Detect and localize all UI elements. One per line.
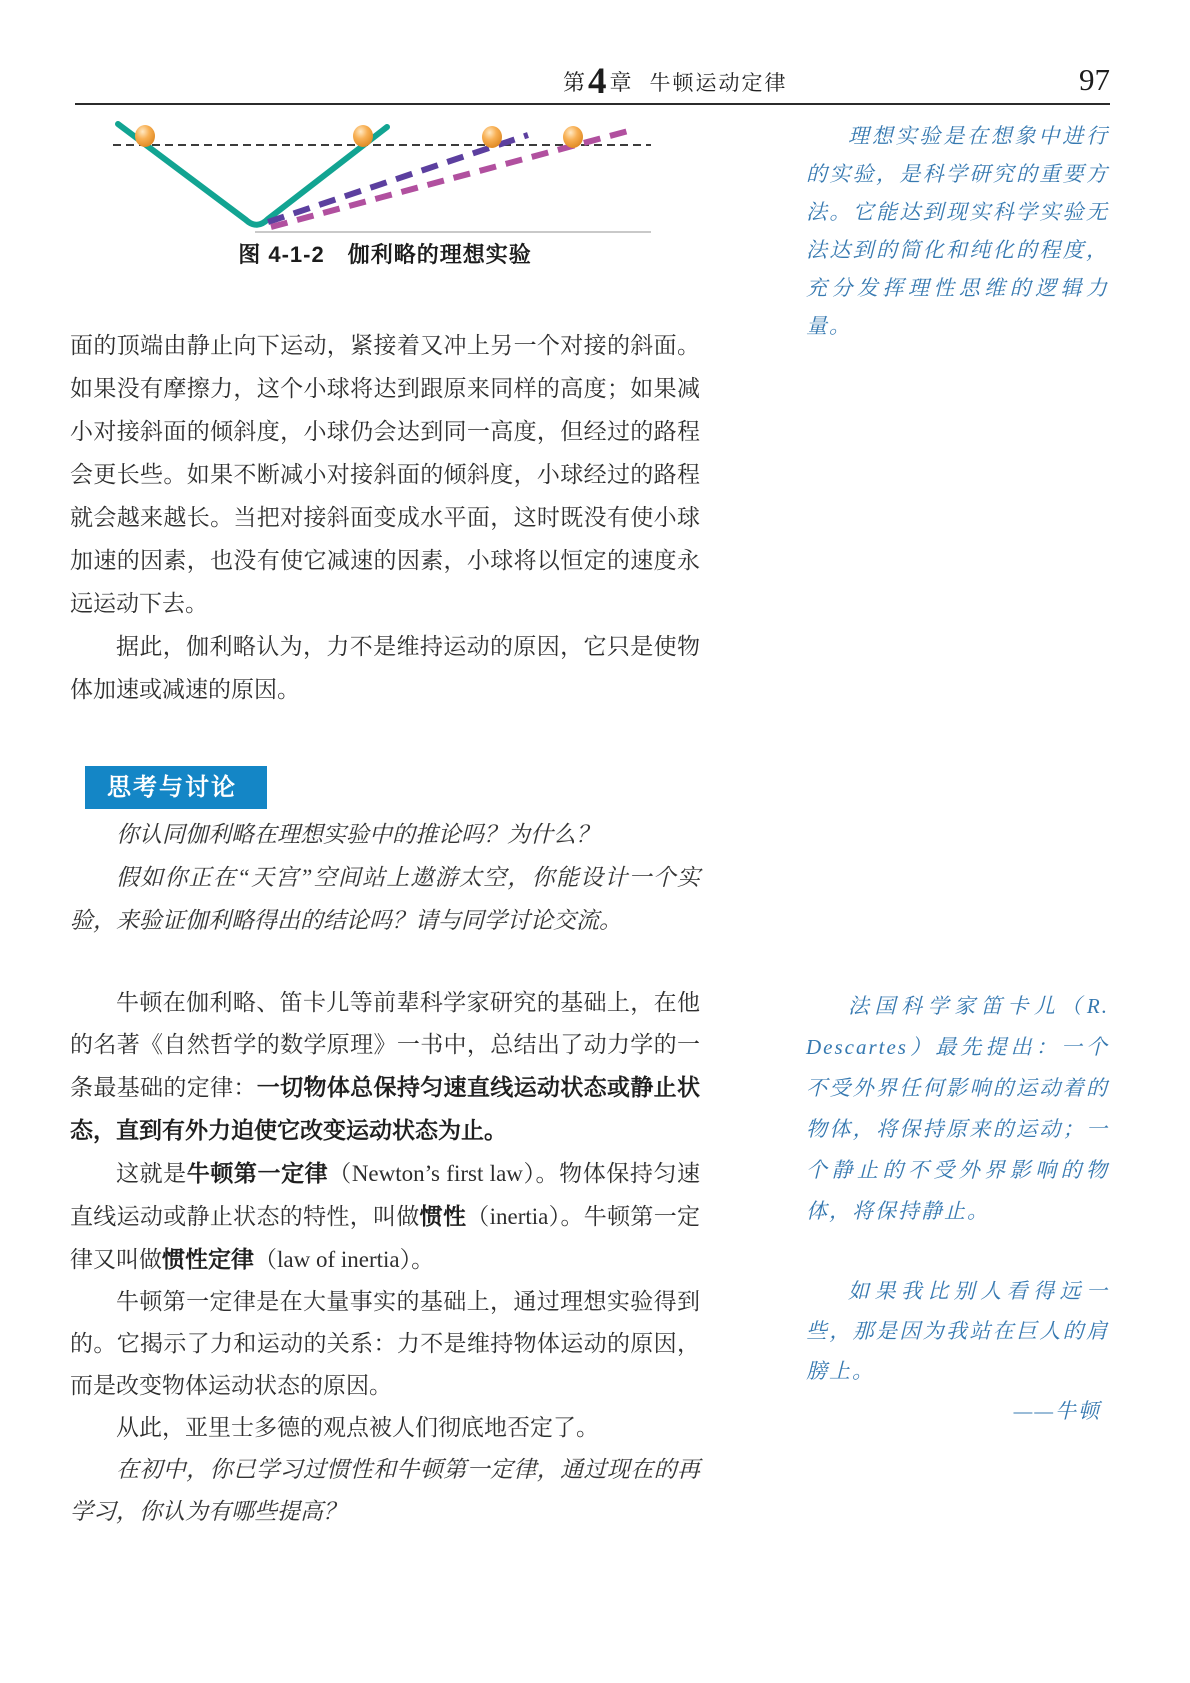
- margin-note-newton-quote: 如果我比别人看得远一些，那是因为我站在巨人的肩膀上。 ——牛顿: [806, 1271, 1109, 1431]
- textbook-page: 第4章牛顿运动定律 97 图 4-1-2 伽利略的理想实验 理想实验是在想象中进…: [0, 0, 1190, 1683]
- text-run: （law of inertia）。: [254, 1247, 434, 1272]
- ball-icon: [482, 126, 502, 148]
- ball-icon: [563, 126, 583, 148]
- think-discuss-header: 思考与讨论: [85, 766, 267, 809]
- ball-icon: [135, 125, 155, 147]
- emphasis-term: 惯性: [420, 1203, 467, 1229]
- text-run: 据此，伽利略认为，力不是维持运动的原因，它只是使物体加速或减速的原因。: [70, 634, 700, 702]
- header-rule: [75, 103, 1110, 105]
- text-run: 牛顿第一定律是在大量事实的基础上，通过理想实验得到的。它揭示了力和运动的关系：力…: [70, 1289, 700, 1398]
- figure-caption: 图 4-1-2 伽利略的理想实验: [105, 238, 665, 269]
- paragraph: 牛顿在伽利略、笛卡儿等前辈科学家研究的基础上，在他的名著《自然哲学的数学原理》一…: [70, 982, 700, 1152]
- paragraph: 据此，伽利略认为，力不是维持运动的原因，它只是使物体加速或减速的原因。: [70, 625, 700, 711]
- body-block-2: 牛顿在伽利略、笛卡儿等前辈科学家研究的基础上，在他的名著《自然哲学的数学原理》一…: [70, 982, 700, 1533]
- chapter-suffix: 章: [610, 70, 632, 95]
- margin-note-descartes: 法国科学家笛卡儿（R. Descartes）最先提出：一个不受外界任何影响的运动…: [806, 986, 1109, 1232]
- text-run: 你认同伽利略在理想实验中的推论吗？为什么？: [116, 822, 599, 847]
- galileo-ideal-experiment-figure: [105, 108, 665, 243]
- page-number: 97: [1040, 62, 1110, 98]
- chapter-header: 第4章牛顿运动定律: [563, 60, 788, 102]
- paragraph: 在初中，你已学习过惯性和牛顿第一定律，通过现在的再学习，你认为有哪些提高？: [70, 1449, 700, 1533]
- paragraph: 面的顶端由静止向下运动，紧接着又冲上另一个对接的斜面。如果没有摩擦力，这个小球将…: [70, 324, 700, 625]
- body-block-1: 面的顶端由静止向下运动，紧接着又冲上另一个对接的斜面。如果没有摩擦力，这个小球将…: [70, 324, 700, 711]
- chapter-prefix: 第: [563, 70, 585, 95]
- margin-note-text: 理想实验是在想象中进行的实验，是科学研究的重要方法。它能达到现实科学实验无法达到…: [806, 117, 1109, 345]
- text-run: 从此，亚里士多德的观点被人们彻底地否定了。: [116, 1415, 599, 1440]
- discussion-questions: 你认同伽利略在理想实验中的推论吗？为什么？假如你正在“天宫”空间站上遨游太空，你…: [70, 813, 700, 942]
- text-run: 这就是: [116, 1161, 187, 1186]
- margin-note-ideal-experiment: 理想实验是在想象中进行的实验，是科学研究的重要方法。它能达到现实科学实验无法达到…: [806, 117, 1109, 345]
- text-run: 假如你正在“天宫”空间站上遨游太空，你能设计一个实验，来验证伽利略得出的结论吗？…: [70, 865, 700, 933]
- incline-v-curve: [118, 124, 387, 225]
- ball-icon: [353, 125, 373, 147]
- margin-note-text: 如果我比别人看得远一些，那是因为我站在巨人的肩膀上。: [806, 1271, 1109, 1391]
- margin-note-text: 法国科学家笛卡儿（R. Descartes）最先提出：一个不受外界任何影响的运动…: [806, 986, 1109, 1232]
- chapter-title: 牛顿运动定律: [650, 72, 788, 95]
- paragraph: 你认同伽利略在理想实验中的推论吗？为什么？: [70, 813, 700, 856]
- paragraph: 这就是牛顿第一定律（Newton’s first law）。物体保持匀速直线运动…: [70, 1152, 700, 1281]
- reduced-slope-dashed-line: [268, 135, 528, 222]
- quote-attribution: ——牛顿: [806, 1391, 1109, 1431]
- emphasis-term: 惯性定律: [162, 1246, 254, 1272]
- paragraph: 从此，亚里士多德的观点被人们彻底地否定了。: [70, 1407, 700, 1449]
- paragraph: 假如你正在“天宫”空间站上遨游太空，你能设计一个实验，来验证伽利略得出的结论吗？…: [70, 856, 700, 942]
- think-discuss-label: 思考与讨论: [85, 766, 267, 809]
- chapter-number: 4: [585, 61, 610, 102]
- text-run: 面的顶端由静止向下运动，紧接着又冲上另一个对接的斜面。如果没有摩擦力，这个小球将…: [70, 333, 700, 616]
- text-run: 在初中，你已学习过惯性和牛顿第一定律，通过现在的再学习，你认为有哪些提高？: [70, 1457, 700, 1524]
- paragraph: 牛顿第一定律是在大量事实的基础上，通过理想实验得到的。它揭示了力和运动的关系：力…: [70, 1281, 700, 1407]
- emphasis-term: 牛顿第一定律: [187, 1160, 328, 1186]
